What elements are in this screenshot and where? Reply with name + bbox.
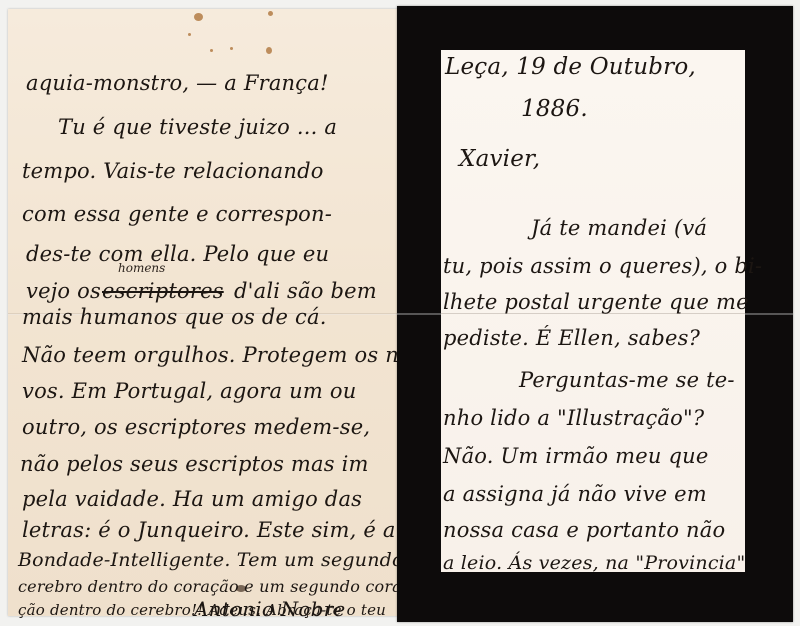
letter-line: a leio. Ás vezes, na "Provincia" [443,552,745,574]
inner-letter-card: Leça, 19 de Outubro, 1886. Xavier, Já te… [441,50,745,572]
date-line: Leça, 19 de Outubro, [445,54,696,80]
letter-line: com essa gente e correspon- [22,202,332,226]
letter-line: vos. Em Portugal, agora um ou [22,379,356,403]
left-letter-page: aquia-monstro, — a França! Tu é que tive… [8,9,398,616]
letter-line: d'ali são bem [234,279,377,303]
letter-line: Não teem orgulhos. Protegem os no- [22,343,419,367]
letter-line: letras: é o Junqueiro. Este sim, é a [22,518,396,542]
signature: Antonio Nobre [194,597,345,621]
letter-line: tempo. Vais-te relacionando [22,159,324,183]
letter-line: vejo os [26,279,101,303]
letter-line: não pelos seus escriptos mas im [20,452,369,476]
letter-line: cerebro dentro do coração e um segundo c… [18,577,408,596]
letter-line: Não. Um irmão meu que [443,444,708,468]
letter-line: Já te mandei (vá [531,216,707,240]
ink-stain [210,49,213,52]
right-letter-page-mourning-border: Leça, 19 de Outubro, 1886. Xavier, Já te… [397,6,793,622]
ink-stain [268,11,273,16]
letter-line: outro, os escriptores medem-se, [22,415,370,439]
letter-line: Bondade-Intelligente. Tem um segundo [18,549,404,571]
ink-stain [266,47,272,54]
letter-line: des-te com ella. Pelo que eu [26,242,329,266]
letter-line: pela vaidade. Ha um amigo das [22,487,362,511]
letter-line: pediste. É Ellen, sabes? [443,326,700,350]
ink-stain [230,47,233,50]
ink-stain [194,13,203,21]
letter-line: lhete postal urgente que me [443,290,749,314]
salutation: Xavier, [459,146,540,172]
inserted-word: homens [118,261,165,275]
letter-line: nossa casa e portanto não [443,518,725,542]
letter-line: aquia-monstro, — a França! [26,71,329,95]
letter-line: tu, pois assim o queres), o bi- [443,254,762,278]
letter-line: Tu é que tiveste juizo ... a [58,115,337,139]
letter-line: a assigna já não vive em [443,482,707,506]
date-year: 1886. [521,96,588,122]
letter-line: nho lido a "Illustração"? [443,406,704,430]
letter-line: mais humanos que os de cá. [22,305,327,329]
letter-line: Perguntas-me se te- [519,368,735,392]
ink-stain [188,33,191,36]
struck-word: escriptores [102,279,224,303]
